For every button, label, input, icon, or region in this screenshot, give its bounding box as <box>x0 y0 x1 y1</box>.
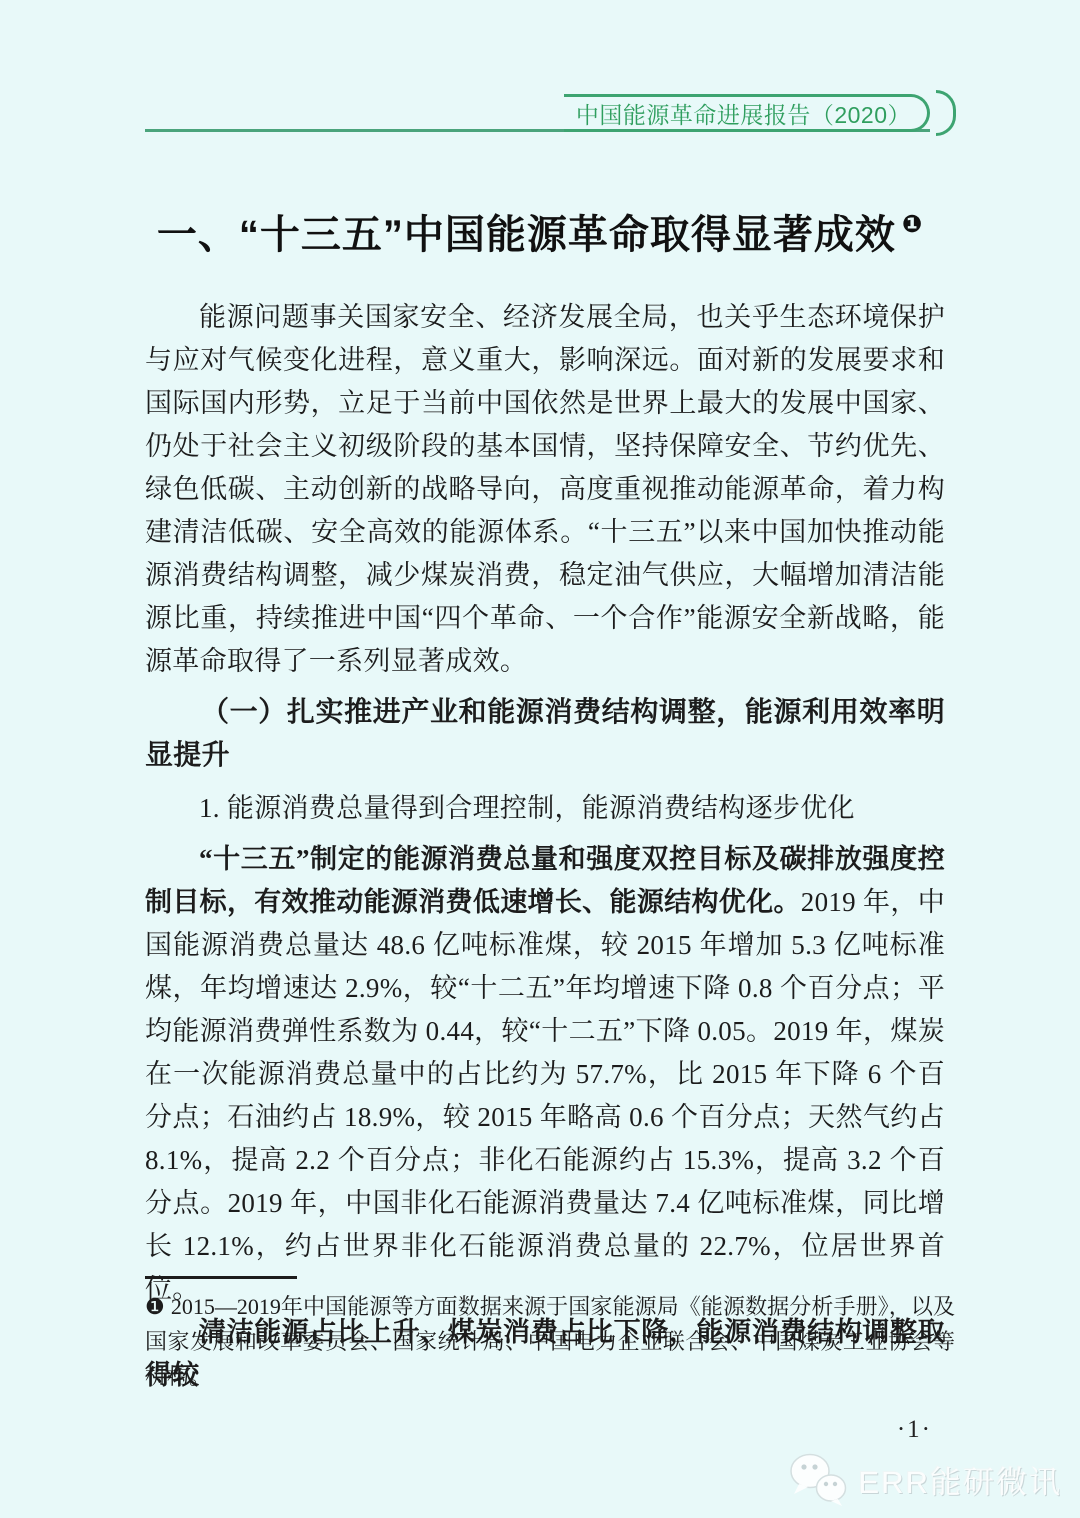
footnote-body: 2015—2019年中国能源等方面数据来源于国家能源局《能源数据分析手册》，以及… <box>145 1294 955 1389</box>
footnote-ref-marker: ❶ <box>902 211 923 238</box>
footnote-separator <box>145 1276 297 1279</box>
footnote-marker: ❶ <box>145 1294 165 1319</box>
body-column: 能源问题事关国家安全、经济发展全局，也关乎生态环境保护与应对气候变化进程，意义重… <box>145 296 945 1397</box>
chapter-title-text: 一、“十三五”中国能源革命取得显著成效 <box>157 213 896 257</box>
watermark: ERR能研微讯 <box>785 1450 1062 1508</box>
section-1-heading: （一）扎实推进产业和能源消费结构调整，能源利用效率明显提升 <box>145 691 945 777</box>
subsection-1-heading: 1. 能源消费总量得到合理控制，能源消费结构逐步优化 <box>145 787 945 830</box>
chapter-title: 一、“十三五”中国能源革命取得显著成效❶ <box>0 203 1080 260</box>
footnote-text: ❶2015—2019年中国能源等方面数据来源于国家能源局《能源数据分析手册》，以… <box>145 1289 955 1394</box>
watermark-text: ERR能研微讯 <box>859 1457 1062 1502</box>
footnote-block: ❶2015—2019年中国能源等方面数据来源于国家能源局《能源数据分析手册》，以… <box>145 1276 955 1394</box>
paragraph-2-rest: 2019 年，中国能源消费总量达 48.6 亿吨标准煤，较 2015 年增加 5… <box>145 887 945 1304</box>
document-page: 中国能源革命进展报告（2020） 一、“十三五”中国能源革命取得显著成效❶ 能源… <box>0 0 1080 1518</box>
report-title: 中国能源革命进展报告（2020） <box>576 97 911 130</box>
page-number: ·1· <box>897 1416 932 1444</box>
wechat-bubbles-icon <box>785 1450 851 1508</box>
paragraph-1: 能源问题事关国家安全、经济发展全局，也关乎生态环境保护与应对气候变化进程，意义重… <box>145 296 945 683</box>
header-arc-decoration <box>936 90 956 136</box>
report-title-badge: 中国能源革命进展报告（2020） <box>564 94 930 132</box>
paragraph-2: “十三五”制定的能源消费总量和强度双控目标及碳排放强度控制目标，有效推动能源消费… <box>145 838 945 1311</box>
